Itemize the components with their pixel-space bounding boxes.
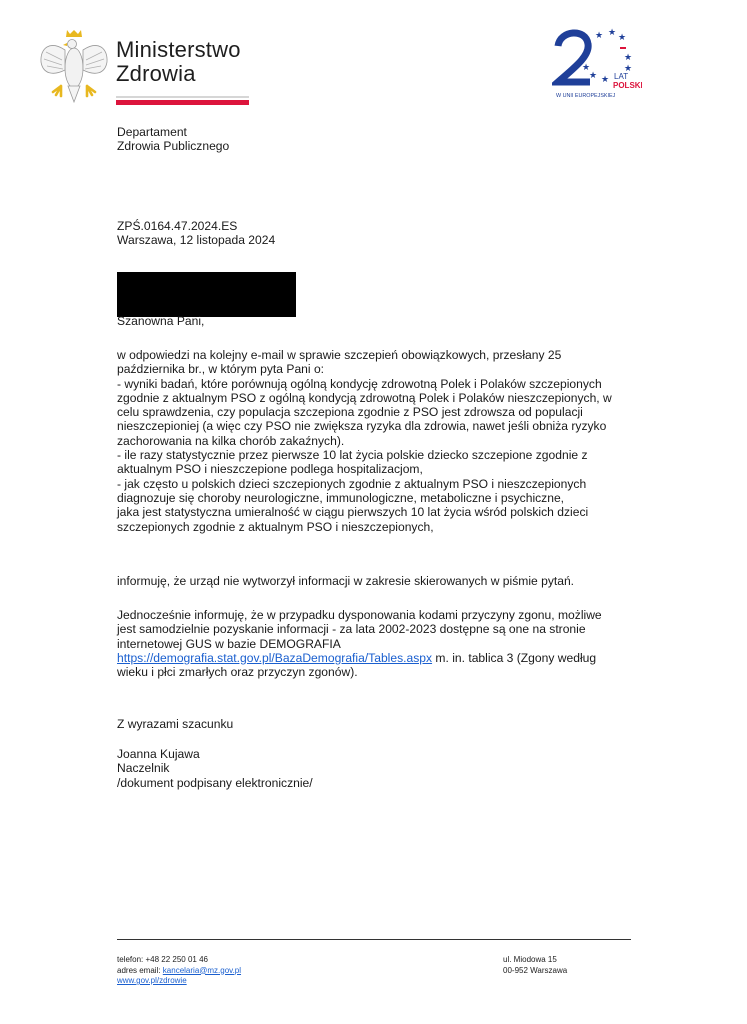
- svg-text:W UNII EUROPEJSKIEJ: W UNII EUROPEJSKIEJ: [556, 93, 616, 99]
- department-line1: Departament: [117, 125, 229, 139]
- flag-stripe-red: [116, 100, 249, 105]
- signatory-title: Naczelnik: [117, 761, 313, 775]
- body-line: nieszczepioniej (a więc czy PSO nie zwię…: [117, 419, 657, 433]
- body-line: w odpowiedzi na kolejny e-mail w sprawie…: [117, 348, 657, 362]
- body-line: - wyniki badań, które porównują ogólną k…: [117, 377, 657, 391]
- signatory-name: Joanna Kujawa: [117, 747, 313, 761]
- closing-salutation: Z wyrazami szacunku: [117, 717, 233, 731]
- footer-email-link[interactable]: kancelaria@mz.gov.pl: [163, 966, 241, 975]
- ministry-name-line2: Zdrowia: [116, 62, 241, 86]
- body-line: aktualnym PSO i nieszczepione podlega ho…: [117, 462, 657, 476]
- ministry-name-line1: Ministerstwo: [116, 38, 241, 62]
- svg-text:★: ★: [589, 71, 597, 81]
- footer-address: ul. Miodowa 15 00-952 Warszawa: [503, 955, 567, 976]
- body-line-with-link: https://demografia.stat.gov.pl/BazaDemog…: [117, 651, 657, 665]
- footer-website-link[interactable]: www.gov.pl/zdrowie: [117, 976, 187, 985]
- svg-text:★: ★: [608, 28, 616, 38]
- link-trailing-text: m. in. tablica 3 (Zgony według: [432, 651, 596, 665]
- body-line: szczepionych zgodnie z aktualnym PSO i n…: [117, 520, 657, 534]
- footer-address-line1: ul. Miodowa 15: [503, 955, 567, 966]
- body-paragraph-2: informuję, że urząd nie wytworzył inform…: [117, 574, 657, 588]
- footer-address-line2: 00-952 Warszawa: [503, 966, 567, 977]
- body-paragraph-3: Jednocześnie informuję, że w przypadku d…: [117, 608, 657, 679]
- body-line: zgodnie z aktualnym PSO z ogólną kondycj…: [117, 391, 657, 405]
- body-line: celu sprawdzenia, czy populacja szczepio…: [117, 405, 657, 419]
- body-line: października br., w którym pyta Pani o:: [117, 362, 657, 376]
- case-number: ZPŚ.0164.47.2024.ES: [117, 219, 275, 233]
- body-line: wieku i płci zmarłych oraz przyczyn zgon…: [117, 665, 657, 679]
- place-date: Warszawa, 12 listopada 2024: [117, 233, 275, 247]
- department-block: Departament Zdrowia Publicznego: [117, 125, 229, 154]
- footer-email-label: adres email:: [117, 966, 163, 975]
- flag-stripe-white: [116, 96, 249, 98]
- body-line: - ile razy statystycznie przez pierwsze …: [117, 448, 657, 462]
- body-line: - jak często u polskich dzieci szczepion…: [117, 477, 657, 491]
- signature-block: Joanna Kujawa Naczelnik /dokument podpis…: [117, 747, 313, 790]
- footer-divider: [117, 939, 631, 940]
- department-line2: Zdrowia Publicznego: [117, 139, 229, 153]
- body-paragraph-1: w odpowiedzi na kolejny e-mail w sprawie…: [117, 348, 657, 534]
- body-line: jest samodzielnie pozyskanie informacji …: [117, 622, 657, 636]
- body-line: diagnozuje się choroby neurologiczne, im…: [117, 491, 657, 505]
- body-line: Jednocześnie informuję, że w przypadku d…: [117, 608, 657, 622]
- footer-phone: telefon: +48 22 250 01 46: [117, 955, 241, 966]
- svg-text:★: ★: [580, 53, 588, 63]
- svg-text:★: ★: [624, 53, 632, 63]
- polish-eagle-emblem-icon: [38, 28, 110, 106]
- svg-text:★: ★: [601, 75, 609, 85]
- signature-note: /dokument podpisany elektronicznie/: [117, 776, 313, 790]
- body-line: jaka jest statystyczna umieralność w cią…: [117, 505, 657, 519]
- svg-text:LAT: LAT: [614, 72, 628, 81]
- svg-text:★: ★: [595, 31, 603, 41]
- ministry-name: Ministerstwo Zdrowia: [116, 38, 241, 86]
- body-line: zachorowania na kilka chorób zakaźnych).: [117, 434, 657, 448]
- twenty-years-in-eu-logo-icon: ★★★ ★★★ ★★★ LAT POLSKI W UNII EUROPEJSKI…: [552, 24, 642, 104]
- footer-contact: telefon: +48 22 250 01 46 adres email: k…: [117, 955, 241, 987]
- svg-text:★: ★: [618, 33, 626, 43]
- gus-demografia-link[interactable]: https://demografia.stat.gov.pl/BazaDemog…: [117, 651, 432, 665]
- svg-text:POLSKI: POLSKI: [613, 81, 642, 90]
- reference-block: ZPŚ.0164.47.2024.ES Warszawa, 12 listopa…: [117, 219, 275, 248]
- body-line: internetowej GUS w bazie DEMOGRAFIA: [117, 637, 657, 651]
- redacted-recipient: [117, 272, 296, 317]
- footer-email-line: adres email: kancelaria@mz.gov.pl: [117, 966, 241, 977]
- greeting: Szanowna Pani,: [117, 314, 204, 328]
